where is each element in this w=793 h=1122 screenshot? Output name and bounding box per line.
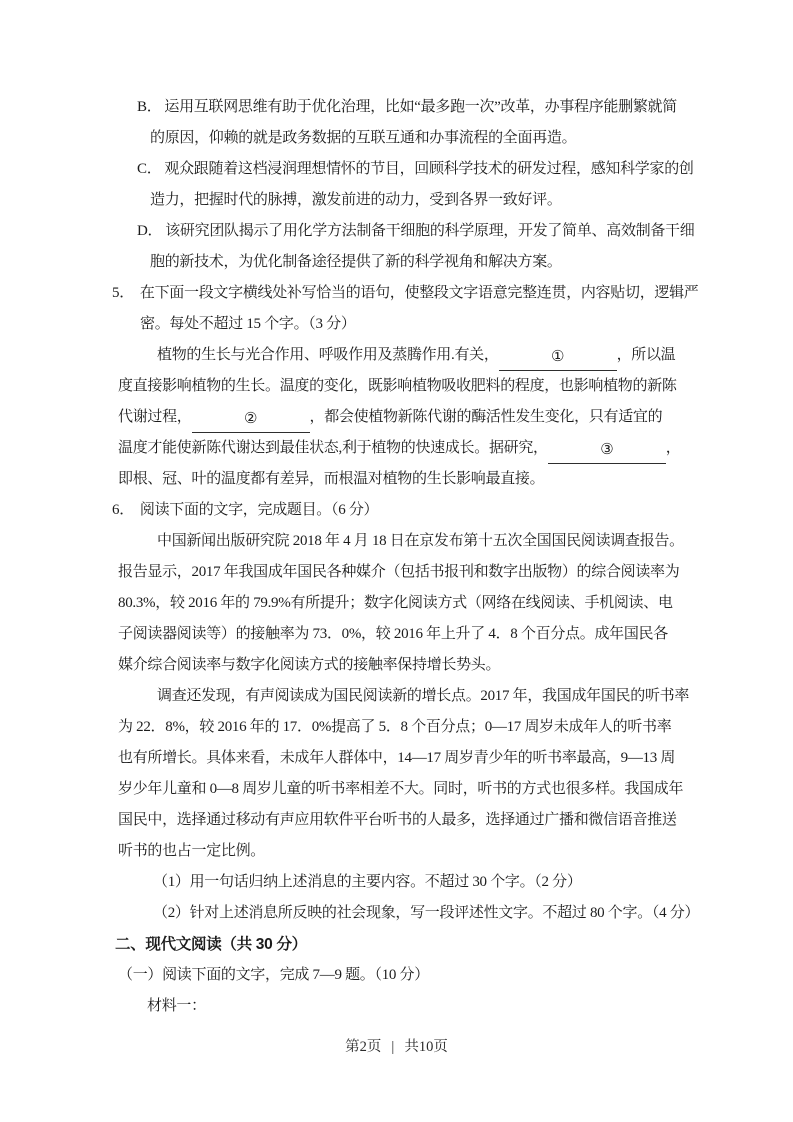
q6-passage1-line-4: 子阅读器阅读等）的接触率为 73．0%，较 2016 年上升了 4．8 个百分点… [0,619,793,650]
question5-stem-line-2: 密。每处不超过 15 个字。（3 分） [0,309,793,340]
q6-passage2-line-4: 岁少年儿童和 0—8 周岁儿童的听书率相差不大。同时，听书的方式也很多样。我国成… [0,774,793,805]
q6-passage2-line-2: 为 22．8%，较 2016 年的 17．0%提高了 5．8 个百分点；0—17… [0,712,793,743]
option-c-letter: C． [137,161,161,177]
option-b-letter: B． [137,99,161,115]
answer-blank-3: ③ [548,435,666,464]
question6-stem: 6．阅读下面的文字，完成题目。（6 分） [0,495,793,526]
q6-passage1-line-5: 媒介综合阅读率与数字化阅读方式的接触率保持增长势头。 [0,650,793,681]
exam-content: B．运用互联网思维有助于优化治理，比如“最多跑一次”改革，办事程序能删繁就简 的… [0,92,793,1022]
footer-total-pages: 共10页 [404,1039,448,1055]
question6-number: 6． [112,502,134,518]
blank-3-circled-number: ③ [600,442,613,458]
answer-blank-1: ① [499,342,617,371]
section2-header: 二、现代文阅读（共 30 分） [0,929,793,960]
blank-1-circled-number: ① [551,349,564,365]
q6-passage2-line-5: 国民中，选择通过移动有声应用软件平台听书的人最多，选择通过广播和微信语音推送 [0,805,793,836]
option-b-text: 运用互联网思维有助于优化治理，比如“最多跑一次”改革，办事程序能删繁就简 [164,99,677,115]
option-c-text: 观众跟随着这档浸润理想情怀的节目，回顾科学技术的研发过程，感知科学家的创 [164,161,693,177]
q6-passage1-line-2: 报告显示，2017 年我国成年国民各种媒介（包括书报刊和数字出版物）的综合阅读率… [0,557,793,588]
q5-passage-line-2: 度直接影响植物的生长。温度的变化，既影响植物吸收肥料的程度，也影响植物的新陈 [0,371,793,402]
q6-passage2-line-1: 调查还发现，有声阅读成为国民阅读新的增长点。2017 年，我国成年国民的听书率 [0,681,793,712]
q5-passage-line-1: 植物的生长与光合作用、呼吸作用及蒸腾作用.有关，①，所以温 [0,340,793,371]
option-c-line-2: 造力，把握时代的脉搏，激发前进的动力，受到各界一致好评。 [0,185,793,216]
q6-sub-question-1: （1）用一句话归纳上述消息的主要内容。不超过 30 个字。（2 分） [0,867,793,898]
q5-passage-line-4: 温度才能使新陈代谢达到最佳状态,利于植物的快速成长。据研究，③， [0,433,793,464]
option-d-letter: D． [137,223,162,239]
question5-stem-line-1: 5．在下面一段文字横线处补写恰当的语句，使整段文字语意完整连贯，内容贴切，逻辑严 [0,278,793,309]
option-b-line-1: B．运用互联网思维有助于优化治理，比如“最多跑一次”改革，办事程序能删繁就简 [0,92,793,123]
question5-number: 5． [112,285,134,301]
blank-2-circled-number: ② [244,411,257,427]
q6-passage1-line-3: 80.3%，较 2016 年的 79.9%有所提升；数字化阅读方式（网络在线阅读… [0,588,793,619]
answer-blank-2: ② [192,404,310,433]
option-c-line-1: C．观众跟随着这档浸润理想情怀的节目，回顾科学技术的研发过程，感知科学家的创 [0,154,793,185]
page-footer: 第2页|共10页 [0,1035,793,1056]
passage-text: ，所以温 [617,347,676,363]
option-d-text: 该研究团队揭示了用化学方法制备干细胞的科学原理，开发了简单、高效制备干细 [165,223,694,239]
option-d-line-1: D．该研究团队揭示了用化学方法制备干细胞的科学原理，开发了简单、高效制备干细 [0,216,793,247]
q6-sub-question-2: （2）针对上述消息所反映的社会现象，写一段评述性文字。不超过 80 个字。（4 … [0,898,793,929]
option-d-line-2: 胞的新技术，为优化制备途径提供了新的科学视角和解决方案。 [0,247,793,278]
section2-part1-intro: （一）阅读下面的文字，完成 7—9 题。（10 分） [0,960,793,991]
passage-text: 温度才能使新陈代谢达到最佳状态,利于植物的快速成长。据研究， [118,440,548,456]
q5-passage-line-5: 即根、冠、叶的温度都有差异，而根温对植物的生长影响最直接。 [0,464,793,495]
passage-text: ， [666,440,681,456]
option-b-line-2: 的原因，仰赖的就是政务数据的互联互通和办事流程的全面再造。 [0,123,793,154]
question5-stem-text: 在下面一段文字横线处补写恰当的语句，使整段文字语意完整连贯，内容贴切，逻辑严 [140,285,699,301]
q6-passage2-line-6: 听书的也占一定比例。 [0,836,793,867]
q6-passage1-line-1: 中国新闻出版研究院 2018 年 4 月 18 日在京发布第十五次全国国民阅读调… [0,526,793,557]
passage-text: ，都会使植物新陈代谢的酶活性发生变化，只有适宜的 [310,409,663,425]
passage-text: 植物的生长与光合作用、呼吸作用及蒸腾作用.有关， [157,347,499,363]
passage-text: 代谢过程， [118,409,192,425]
question6-stem-text: 阅读下面的文字，完成题目。（6 分） [140,502,378,518]
material-1-label: 材料一： [0,991,793,1022]
footer-separator: | [391,1039,394,1056]
exam-paper-page: B．运用互联网思维有助于优化治理，比如“最多跑一次”改革，办事程序能删繁就简 的… [0,0,793,1122]
q5-passage-line-3: 代谢过程，②，都会使植物新陈代谢的酶活性发生变化，只有适宜的 [0,402,793,433]
footer-current-page: 第2页 [345,1039,381,1055]
q6-passage2-line-3: 也有所增长。具体来看，未成年人群体中，14—17 周岁青少年的听书率最高，9—1… [0,743,793,774]
